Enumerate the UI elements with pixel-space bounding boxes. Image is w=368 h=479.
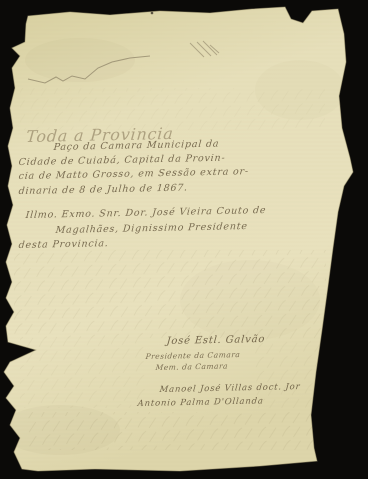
ink-fleck: [151, 12, 154, 15]
address-line: desta Provincia.: [18, 238, 109, 251]
signature-name: José Estl. Galvão: [166, 334, 266, 347]
photo-background: Toda a Provincia Paço da Camara Municipa…: [0, 0, 368, 479]
signature-title: Mem. da Camara: [155, 361, 228, 372]
